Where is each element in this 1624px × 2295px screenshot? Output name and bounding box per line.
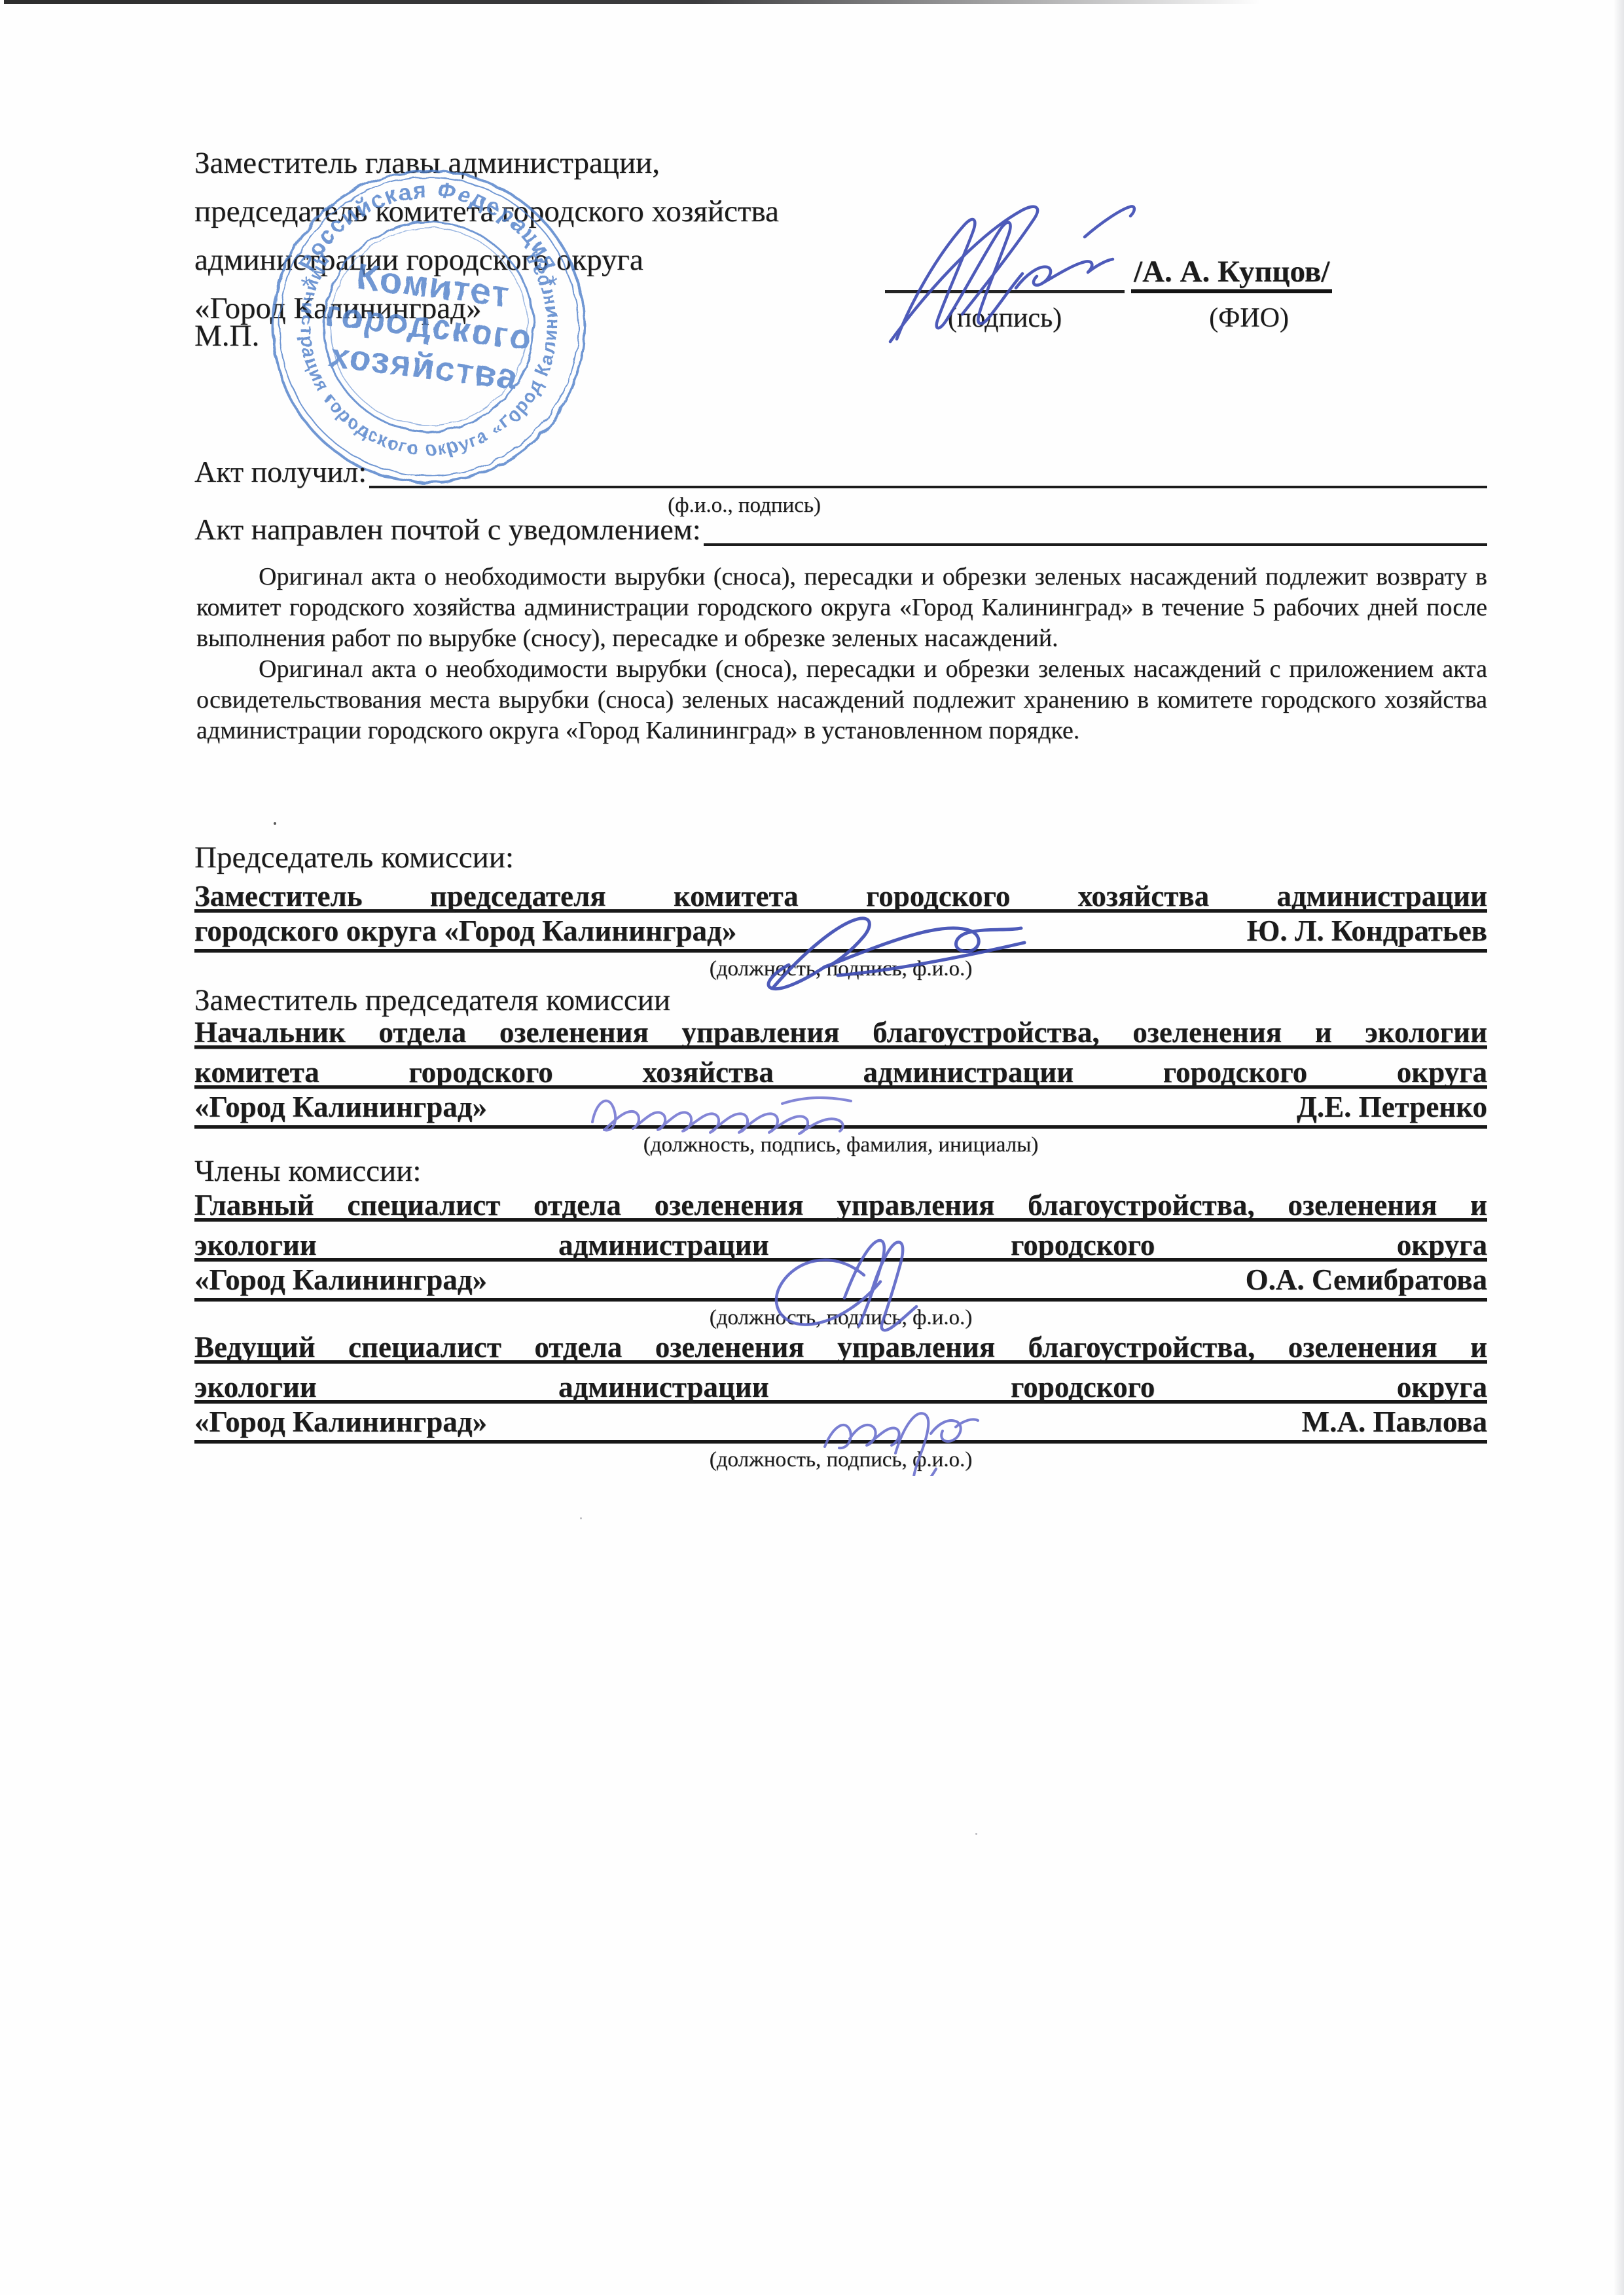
stamp-center-line: хозяйства	[327, 335, 520, 397]
member1-position-line-3: «Город Калининград» О.А. Семибратова	[194, 1265, 1487, 1301]
approver-position-block: Заместитель главы администрации, председ…	[194, 139, 914, 333]
member1-position-line-1: Главный специалист отдела озеленения упр…	[194, 1185, 1487, 1221]
scan-artifact-top-edge	[4, 0, 1261, 4]
deputy-name: Д.Е. Петренко	[1297, 1089, 1487, 1125]
seal-placeholder-label: М.П.	[194, 318, 259, 353]
deputy-position-line-1: Начальник отдела озеленения управления б…	[194, 1012, 1487, 1049]
chairman-caption: (должность, подпись, ф.и.о.)	[194, 957, 1487, 981]
act-received-row: Акт получил:	[194, 454, 1487, 488]
note-paragraph: Оригинал акта о необходимости вырубки (с…	[196, 654, 1487, 746]
member2-position-line-1: Ведущий специалист отдела озеленения упр…	[194, 1327, 1487, 1364]
chairman-label: Председатель комиссии:	[194, 840, 514, 875]
member2-position-left: «Город Калининград»	[194, 1403, 487, 1440]
chairman-position-left: городского округа «Город Калининград»	[194, 913, 736, 949]
deputy-position-line-2: комитета городского хозяйства администра…	[194, 1052, 1487, 1089]
chairman-name: Ю. Л. Кондратьев	[1247, 913, 1487, 949]
act-mailed-blank-line	[704, 512, 1487, 546]
scan-speck	[274, 822, 276, 825]
member1-position-left: «Город Калининград»	[194, 1261, 487, 1298]
scan-artifact-right-edge	[1614, 0, 1624, 2295]
approver-position-line: председатель комитета городского хозяйст…	[194, 187, 914, 236]
member1-name: О.А. Семибратова	[1246, 1261, 1487, 1298]
act-received-label: Акт получил:	[194, 456, 367, 488]
approver-position-line: администрации городского округа	[194, 236, 914, 284]
approver-position-line: Заместитель главы администрации,	[194, 139, 914, 187]
scan-speck	[580, 1517, 582, 1519]
member2-caption: (должность, подпись, ф.и.о.)	[194, 1448, 1487, 1472]
scan-speck	[975, 1833, 977, 1835]
member2-position-line-2: экологии администрации городского округа	[194, 1367, 1487, 1403]
approver-position-line: «Город Калининград»	[194, 284, 914, 333]
member2-position-line-3: «Город Калининград» М.А. Павлова	[194, 1407, 1487, 1443]
signature-caption: (подпись)	[885, 302, 1125, 334]
chairman-position-line-2: городского округа «Город Калининград» Ю.…	[194, 916, 1487, 952]
member1-position-line-2: экологии администрации городского округа	[194, 1225, 1487, 1261]
approver-signature-captions: (подпись) (ФИО)	[885, 302, 1487, 334]
approver-signature-row: /А. А. Купцов/	[885, 255, 1487, 293]
signature-stroke	[1085, 206, 1134, 237]
approver-signature-line	[885, 255, 1125, 293]
act-mailed-label: Акт направлен почтой с уведомлением:	[194, 513, 701, 546]
approver-name: /А. А. Купцов/	[1131, 255, 1332, 293]
scanned-document-page: Заместитель главы администрации, председ…	[0, 0, 1624, 2295]
chairman-position-line-1: Заместитель председателя комитета городс…	[194, 876, 1487, 913]
deputy-position-left: «Город Калининград»	[194, 1089, 487, 1125]
deputy-position-line-3: «Город Калининград» Д.Е. Петренко	[194, 1092, 1487, 1129]
member2-name: М.А. Павлова	[1302, 1403, 1487, 1440]
note-paragraph: Оригинал акта о необходимости вырубки (с…	[196, 562, 1487, 654]
members-label: Члены комиссии:	[194, 1153, 421, 1189]
notes-block: Оригинал акта о необходимости вырубки (с…	[196, 562, 1487, 746]
fio-caption: (ФИО)	[1131, 302, 1367, 334]
act-received-blank-line	[369, 454, 1487, 488]
act-mailed-row: Акт направлен почтой с уведомлением:	[194, 512, 1487, 546]
